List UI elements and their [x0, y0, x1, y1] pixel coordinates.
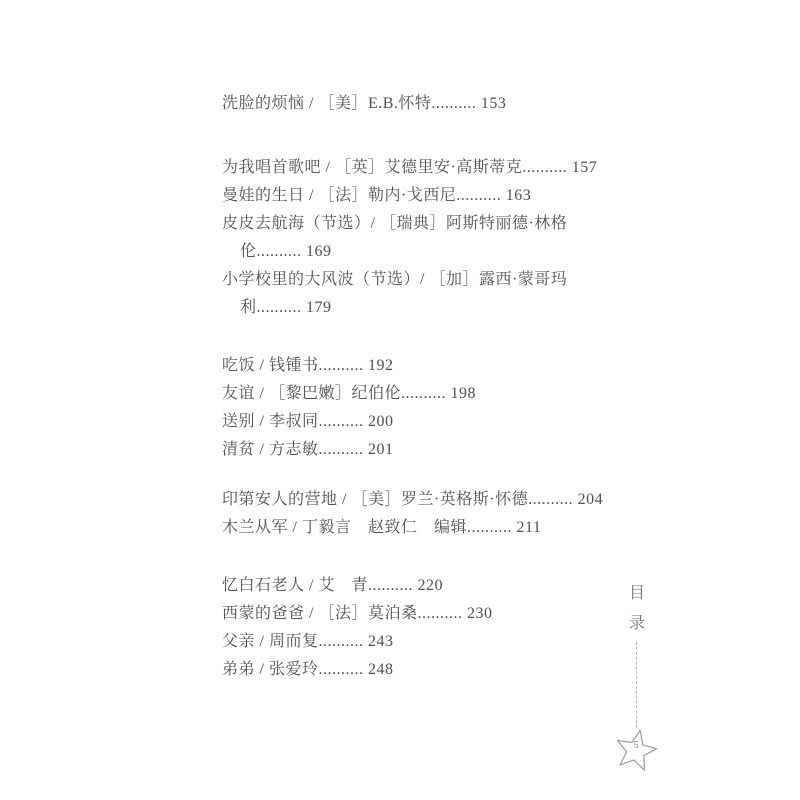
- dashed-rule: [636, 642, 637, 728]
- page-number-star: 5: [611, 724, 661, 776]
- toc-label-char-2: 录: [628, 616, 646, 632]
- toc-entry-line: 木兰从军 / 丁毅言 赵致仁 编辑.......... 211: [222, 514, 612, 542]
- book-toc-page: 洗脸的烦恼 / ［美］E.B.怀特.......... 153为我唱首歌吧 / …: [0, 0, 800, 800]
- toc-vertical-label: 目 录: [628, 586, 646, 646]
- toc-entry-line: 洗脸的烦恼 / ［美］E.B.怀特.......... 153: [222, 90, 612, 118]
- page-number: 5: [611, 740, 661, 751]
- toc-entry-line: 父亲 / 周而复.......... 243: [222, 628, 612, 656]
- toc-section: 洗脸的烦恼 / ［美］E.B.怀特.......... 153: [222, 90, 612, 118]
- toc-entry-line: 西蒙的爸爸 / ［法］莫泊桑.......... 230: [222, 600, 612, 628]
- toc-entry-line: 忆白石老人 / 艾 青.......... 220: [222, 572, 612, 600]
- toc-entry-line: 送别 / 李叔同.......... 200: [222, 408, 612, 436]
- toc-entry-line: 伦.......... 169: [222, 238, 612, 266]
- toc-section: 印第安人的营地 / ［美］罗兰·英格斯·怀德.......... 204木兰从军…: [222, 486, 612, 542]
- toc-entry-line: 清贫 / 方志敏.......... 201: [222, 436, 612, 464]
- toc-label-char-1: 目: [628, 586, 646, 602]
- toc-entry-line: 弟弟 / 张爱玲.......... 248: [222, 656, 612, 684]
- toc-entry-line: 利.......... 179: [222, 294, 612, 322]
- toc-entry-line: 吃饭 / 钱锺书.......... 192: [222, 352, 612, 380]
- toc-section: 忆白石老人 / 艾 青.......... 220西蒙的爸爸 / ［法］莫泊桑.…: [222, 572, 612, 684]
- toc-entry-line: 为我唱首歌吧 / ［英］艾德里安·高斯蒂克.......... 157: [222, 154, 612, 182]
- toc-entry-line: 印第安人的营地 / ［美］罗兰·英格斯·怀德.......... 204: [222, 486, 612, 514]
- toc-entry-line: 皮皮去航海（节选）/ ［瑞典］阿斯特丽德·林格: [222, 210, 612, 238]
- toc-section: 吃饭 / 钱锺书.......... 192友谊 / ［黎巴嫩］纪伯伦.....…: [222, 352, 612, 464]
- toc-entry-line: 小学校里的大风波（节选）/ ［加］露西·蒙哥玛: [222, 266, 612, 294]
- toc-entry-line: 友谊 / ［黎巴嫩］纪伯伦.......... 198: [222, 380, 612, 408]
- toc-entry-line: 曼娃的生日 / ［法］勒内·戈西尼.......... 163: [222, 182, 612, 210]
- toc-list: 洗脸的烦恼 / ［美］E.B.怀特.......... 153为我唱首歌吧 / …: [222, 90, 612, 684]
- toc-section: 为我唱首歌吧 / ［英］艾德里安·高斯蒂克.......... 157曼娃的生日…: [222, 154, 612, 322]
